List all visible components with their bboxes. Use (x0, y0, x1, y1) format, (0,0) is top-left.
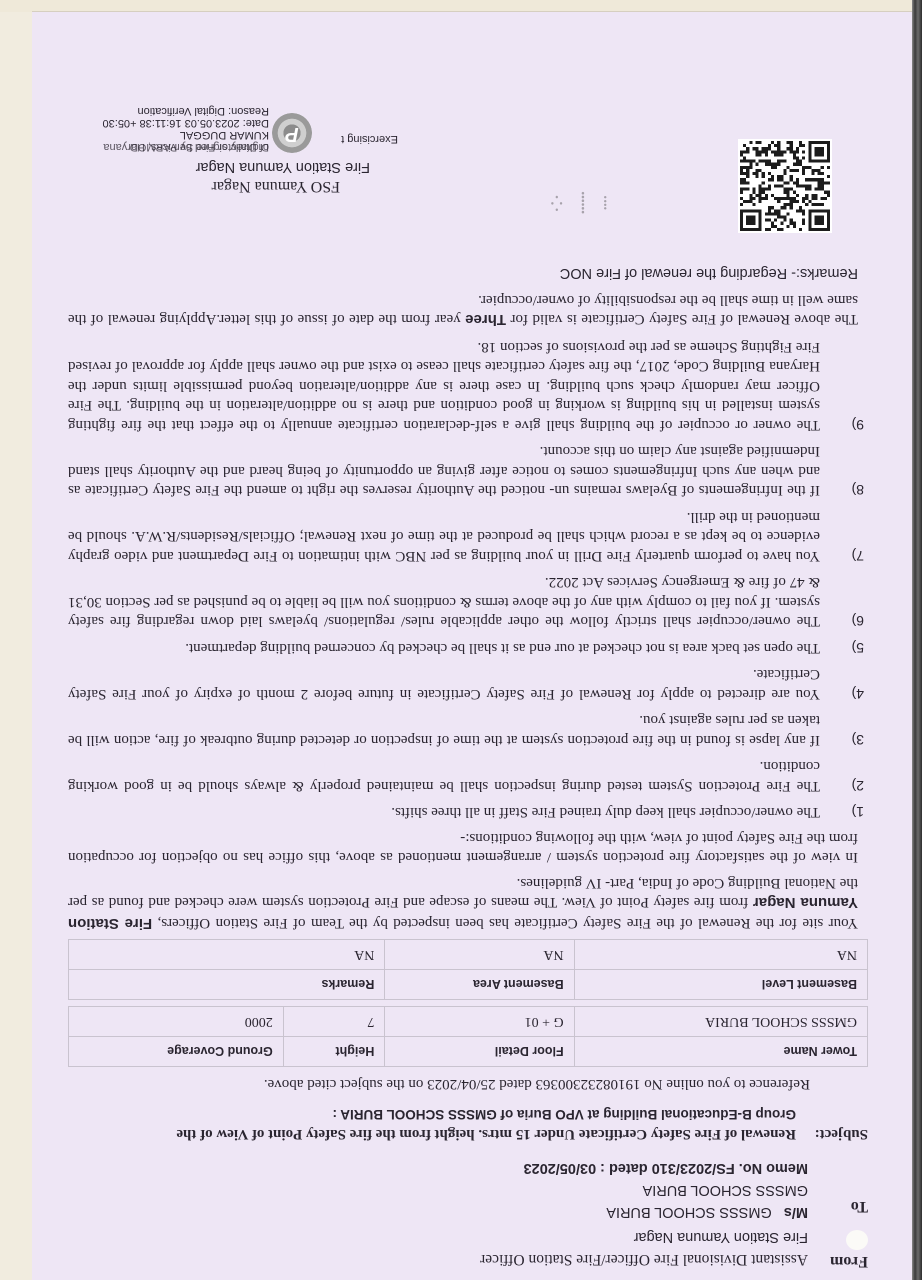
qr-code-icon (738, 140, 832, 234)
digital-signer-authority: of Director Fire Services, Haryana (103, 142, 269, 154)
condition-number: 8) (820, 441, 868, 500)
memo-number: Memo No. FS/2023/310 dated : 03/05/2023 (68, 1160, 808, 1176)
condition-text: The open set back area is not checked at… (68, 638, 820, 658)
to-label: To (808, 1179, 868, 1215)
digital-signer-surname: KUMAR DUGGAL (103, 130, 269, 142)
inspection-text-post: from fire safety Point of View. The mean… (68, 875, 858, 911)
digital-signature: Exercising t P Digitally signed by PARMO… (78, 106, 398, 154)
table-header-cell: Basement Level (574, 970, 867, 1000)
table-header-cell: Basement Area (385, 970, 574, 1000)
subject-line-1: Renewal of Fire Safety Certificate Under… (68, 1124, 796, 1144)
subject-block: Subject: Renewal of Fire Safety Certific… (68, 1104, 868, 1144)
condition-number: 2) (820, 756, 868, 795)
list-item: 4)You are directed to apply for Renewal … (68, 664, 868, 703)
signatory-station: Fire Station Yamuna Nagar (78, 160, 370, 176)
table-header-cell: Height (283, 1037, 385, 1067)
exercising-label: Exercising t (312, 134, 398, 146)
table-header-cell: Tower Name (574, 1037, 867, 1067)
from-label: From (808, 1226, 868, 1270)
table-header-cell: Remarks (69, 970, 385, 1000)
condition-number: 1) (820, 802, 868, 822)
condition-number: 9) (820, 337, 868, 435)
remarks-line: Remarks:- Regarding the renewal of Fire … (68, 266, 858, 282)
condition-number: 5) (820, 638, 868, 658)
condition-number: 7) (820, 507, 868, 566)
table-cell: NA (574, 940, 867, 970)
to-line-1: M/s GMSSS SCHOOL BURIA (68, 1201, 808, 1223)
faint-handwriting-marks: ⁞ ⸽ ⁛ (544, 191, 608, 218)
from-line-1: Assistant Divisional Fire Officer/Fire S… (68, 1248, 808, 1270)
condition-text: The owner/occupier shall strictly follow… (68, 572, 820, 631)
to-prefix: M/s (784, 1204, 808, 1220)
digital-signer-line: Digitally signed by PARMOD of Director F… (103, 142, 269, 154)
scan-margin (0, 0, 32, 1280)
table-header-row: Basement Level Basement Area Remarks (69, 970, 868, 1000)
table-cell: NA (385, 940, 574, 970)
digital-seal-icon: P (272, 114, 312, 154)
reference-line: Reference to you online No 1910823230036… (68, 1075, 810, 1092)
binding-edge (912, 0, 922, 1280)
condition-number: 4) (820, 664, 868, 703)
table-cell: G + 01 (385, 1007, 574, 1037)
condition-text: If any lapse is found in the fire protec… (68, 710, 820, 749)
from-block: From Assistant Divisional Fire Officer/F… (68, 1226, 868, 1270)
table-row: GMSSS SCHOOL BURIA G + 01 7 2000 (69, 1007, 868, 1037)
list-item: 8)If the Infringements of Byelaws remain… (68, 441, 868, 500)
digital-sign-date: Date: 2023.05.03 16:11:38 +05:30 (103, 118, 269, 130)
validity-paragraph: The above Renewal of Fire Safety Certifi… (68, 290, 858, 330)
building-details-table: Tower Name Floor Detail Height Ground Co… (68, 939, 868, 1067)
condition-text: The Fire Protection System tested during… (68, 756, 820, 795)
validity-text-pre: The above Renewal of Fire Safety Certifi… (510, 312, 858, 328)
list-item: 2)The Fire Protection System tested duri… (68, 756, 868, 795)
signatory-office: FSO Yamuna Nagar (78, 178, 340, 196)
inspection-text-pre: Your site for the Renewal of the Fire Sa… (158, 915, 858, 931)
digital-sign-reason: Reason: Digital Verification (103, 106, 269, 118)
to-line-2: GMSSS SCHOOL BURIA (68, 1179, 808, 1201)
signature-area: ⁞ ⸽ ⁛ FSO Yamuna Nagar Fire Station Yamu… (68, 86, 868, 256)
table-row: NA NA NA (69, 940, 868, 970)
signature-block: FSO Yamuna Nagar Fire Station Yamuna Nag… (78, 106, 398, 196)
list-item: 6)The owner/occupier shall strictly foll… (68, 572, 868, 631)
document-sheet: From Assistant Divisional Fire Officer/F… (32, 11, 912, 1280)
subject-label: Subject: (796, 1104, 868, 1144)
to-addressee: GMSSS SCHOOL BURIA (606, 1204, 771, 1220)
table-header-row: Tower Name Floor Detail Height Ground Co… (69, 1037, 868, 1067)
table-cell: 7 (283, 1007, 385, 1037)
letter-content: From Assistant Divisional Fire Officer/F… (68, 86, 868, 1275)
condition-number: 3) (820, 710, 868, 749)
noc-paragraph: In view of the satisfactory fire protect… (68, 828, 858, 867)
validity-duration: Three (465, 312, 506, 329)
condition-text: The owner/occupier shall keep duly train… (68, 802, 820, 822)
from-line-2: Fire Station Yamuna Nagar (68, 1226, 808, 1248)
table-header-cell: Floor Detail (385, 1037, 574, 1067)
conditions-list: 1)The owner/occupier shall keep duly tra… (68, 337, 868, 822)
list-item: 1)The owner/occupier shall keep duly tra… (68, 802, 868, 822)
rotated-page-frame: From Assistant Divisional Fire Officer/F… (0, 0, 922, 1280)
condition-text: If the Infringements of Byelaws remains … (68, 441, 820, 500)
table-cell: GMSSS SCHOOL BURIA (574, 1007, 867, 1037)
subject-line-2: Group B-Educational Building at VPO Buri… (68, 1104, 796, 1124)
list-item: 7)You have to perform quarterly Fire Dri… (68, 507, 868, 566)
list-item: 5)The open set back area is not checked … (68, 638, 868, 658)
condition-text: You are directed to apply for Renewal of… (68, 664, 820, 703)
table-cell: 2000 (69, 1007, 284, 1037)
condition-number: 6) (820, 572, 868, 631)
table-cell: NA (69, 940, 385, 970)
condition-text: You have to perform quarterly Fire Drill… (68, 507, 820, 566)
inspection-paragraph: Your site for the Renewal of the Fire Sa… (68, 873, 858, 934)
list-item: 3)If any lapse is found in the fire prot… (68, 710, 868, 749)
list-item: 9)The owner or occupier of the building … (68, 337, 868, 435)
condition-text: The owner or occupier of the building sh… (68, 337, 820, 435)
to-block: To M/s GMSSS SCHOOL BURIA GMSSS SCHOOL B… (68, 1179, 868, 1223)
table-header-cell: Ground Coverage (69, 1037, 284, 1067)
